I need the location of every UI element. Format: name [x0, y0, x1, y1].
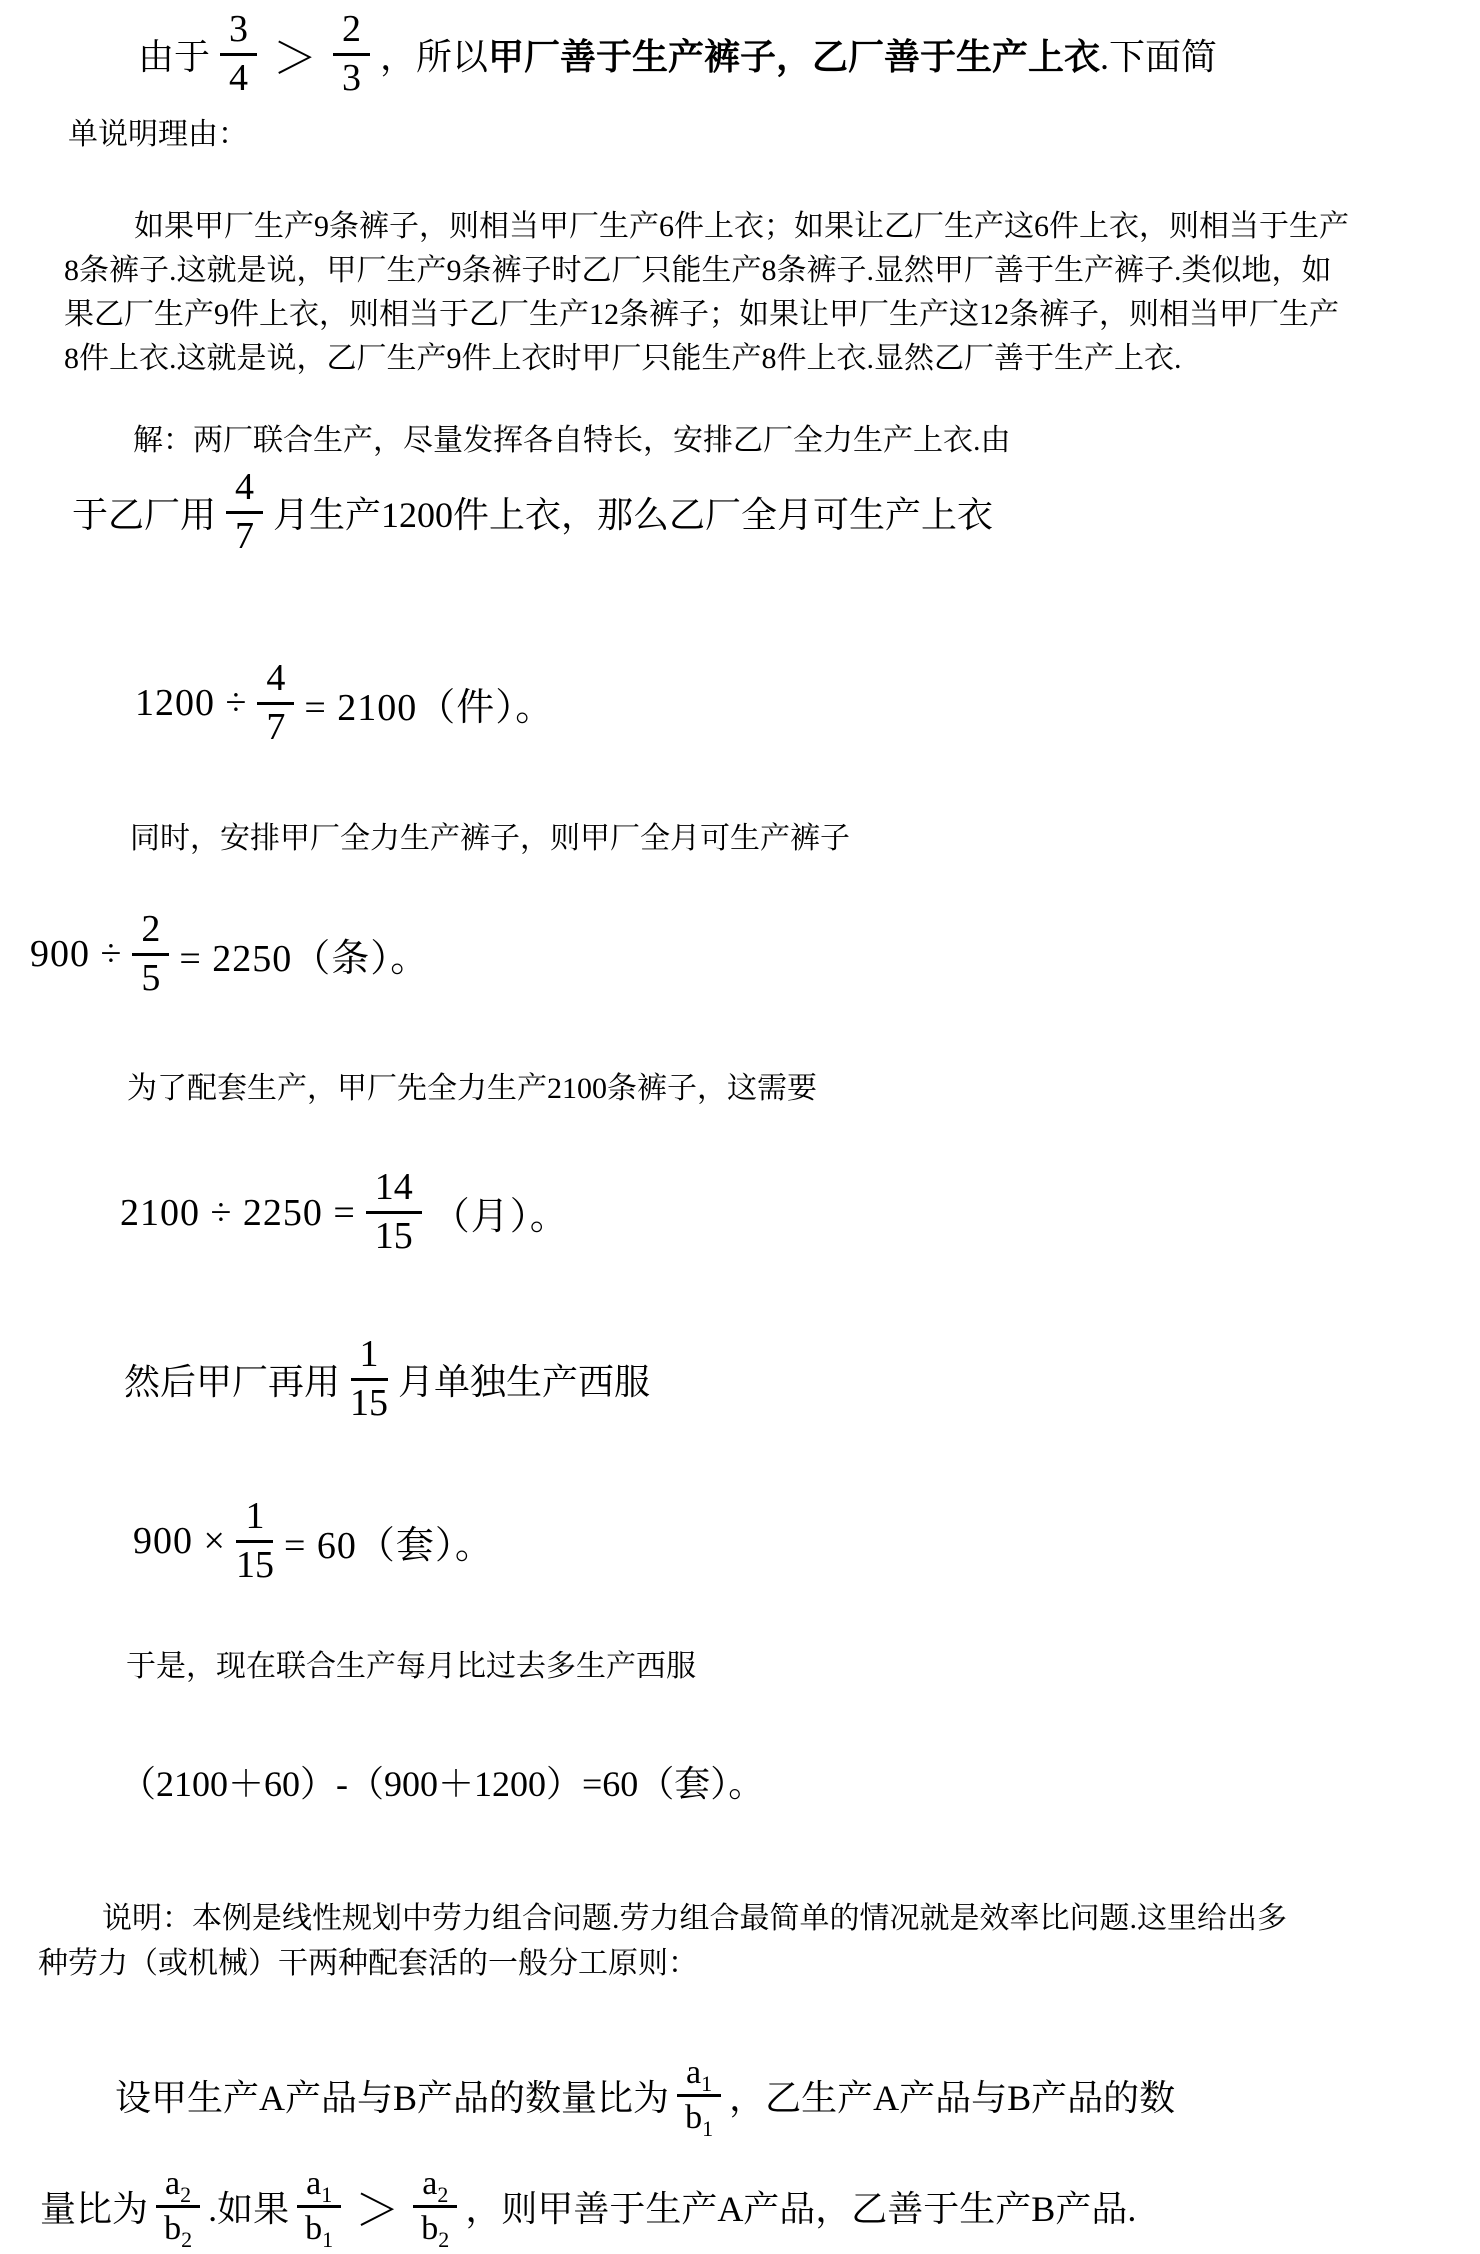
- fraction-four-sevenths: 4 7: [257, 659, 294, 748]
- solution-line2-prefix: 于乙厂用: [72, 487, 216, 538]
- suits-line: 然后甲厂再用 1 15 月单独生产西服: [124, 1325, 650, 1433]
- fraction-denominator: 3: [342, 56, 361, 99]
- fraction-denominator: 15: [350, 1381, 388, 1424]
- principle-line2-mid: .如果: [208, 2181, 289, 2232]
- intro-tail: .下面简: [1100, 29, 1217, 80]
- fraction-numerator: 2: [333, 10, 370, 56]
- reason-line-2: 8条裤子.这就是说，甲厂生产9条裤子时乙厂只能生产8条裤子.显然甲厂善于生产裤子…: [64, 249, 1349, 293]
- fraction-four-sevenths: 4 7: [226, 468, 263, 557]
- intro-conclusion-bold: 甲厂善于生产裤子，乙厂善于生产上衣: [488, 29, 1100, 80]
- equation-lhs: 900 ÷: [30, 932, 122, 976]
- note-paragraph: 说明：本例是线性规划中劳力组合问题.劳力组合最简单的情况就是效率比问题.这里给出…: [38, 1896, 1287, 1986]
- solution-line2-suffix: 月生产1200件上衣，那么乙厂全月可生产上衣: [273, 487, 993, 538]
- equation-trousers: 900 ÷ 2 5 = 2250（条）。: [30, 900, 429, 1008]
- note-line-2: 种劳力（或机械）干两种配套活的一般分工原则：: [38, 1941, 1287, 1986]
- equation-rhs: = 2100（件）。: [304, 676, 554, 731]
- fraction-denominator: b1: [685, 2097, 713, 2136]
- fraction-numerator: a1: [677, 2055, 721, 2097]
- fraction-numerator: a1: [297, 2166, 341, 2208]
- fraction-numerator: 4: [226, 468, 263, 514]
- fraction-numerator: a2: [413, 2166, 457, 2208]
- fraction-denominator: b2: [164, 2208, 192, 2247]
- intro-line2: 单说明理由：: [68, 116, 248, 154]
- fraction-denominator: 7: [235, 514, 254, 557]
- document-page: 由于 3 4 ＞ 2 3 ，所以 甲厂善于生产裤子，乙厂善于生产上衣 .下面简 …: [0, 0, 1480, 2254]
- fraction-fourteen-fifteenths: 14 15: [366, 1168, 422, 1257]
- principle-line-1: 设甲生产A产品与B产品的数量比为 a1 b1 ，乙生产A产品与B产品的数: [115, 2038, 1175, 2153]
- fraction-two-fifths: 2 5: [132, 910, 169, 999]
- fraction-a1-over-b1: a1 b1: [297, 2166, 341, 2246]
- reason-line-3: 果乙厂生产9件上衣，则相当于乙厂生产12条裤子；如果让甲厂生产这12条裤子，则相…: [64, 293, 1349, 337]
- fraction-denominator: 15: [236, 1543, 274, 1586]
- fraction-three-fourths: 3 4: [220, 10, 257, 99]
- fraction-numerator: 3: [220, 10, 257, 56]
- equation-months: 2100 ÷ 2250 = 14 15 （月）。: [120, 1150, 569, 1275]
- note-line-1: 说明：本例是线性规划中劳力组合问题.劳力组合最简单的情况就是效率比问题.这里给出…: [38, 1896, 1287, 1941]
- intro-line: 由于 3 4 ＞ 2 3 ，所以 甲厂善于生产裤子，乙厂善于生产上衣 .下面简: [138, 6, 1217, 102]
- intro-mid: ，所以: [380, 29, 488, 80]
- principle-line2-prefix: 量比为: [40, 2181, 148, 2232]
- fraction-denominator: b2: [421, 2208, 449, 2247]
- greater-than-sign: ＞: [355, 2174, 399, 2238]
- conclusion-intro: 于是，现在联合生产每月比过去多生产西服: [126, 1648, 696, 1686]
- principle-line-2: 量比为 a2 b2 .如果 a1 b1 ＞ a2 b2 ，则甲善于生产A产品，乙…: [40, 2158, 1136, 2254]
- equation-rhs: = 2250（条）。: [179, 927, 429, 982]
- fraction-denominator: b1: [305, 2208, 333, 2247]
- intro-prefix: 由于: [138, 29, 210, 80]
- fraction-denominator: 4: [229, 56, 248, 99]
- suits-line-suffix: 月单独生产西服: [398, 1354, 650, 1405]
- fraction-numerator: a2: [156, 2166, 200, 2208]
- principle-line1-suffix: ，乙生产A产品与B产品的数: [729, 2070, 1175, 2121]
- principle-line1-prefix: 设甲生产A产品与B产品的数量比为: [115, 2070, 669, 2121]
- reason-line-1: 如果甲厂生产9条裤子，则相当甲厂生产6件上衣；如果让乙厂生产这6件上衣，则相当于…: [64, 205, 1349, 249]
- fraction-a2-over-b2: a2 b2: [156, 2166, 200, 2246]
- fraction-one-fifteenth: 1 15: [236, 1497, 274, 1586]
- equation-lhs: 1200 ÷: [135, 681, 247, 725]
- fraction-numerator: 2: [132, 910, 169, 956]
- fraction-one-fifteenth: 1 15: [350, 1335, 388, 1424]
- match-intro: 为了配套生产，甲厂先全力生产2100条裤子，这需要: [127, 1070, 817, 1108]
- fraction-numerator: 14: [366, 1168, 422, 1214]
- equation-shirts: 1200 ÷ 4 7 = 2100（件）。: [135, 642, 554, 764]
- fraction-a1-over-b1: a1 b1: [677, 2055, 721, 2135]
- equation-suits: 900 × 1 15 = 60（套）。: [133, 1487, 494, 1595]
- fraction-denominator: 5: [141, 956, 160, 999]
- fraction-numerator: 4: [257, 659, 294, 705]
- fraction-denominator: 7: [266, 705, 285, 748]
- reason-line-4: 8件上衣.这就是说，乙厂生产9件上衣时甲厂只能生产8件上衣.显然乙厂善于生产上衣…: [64, 337, 1349, 381]
- trousers-intro: 同时，安排甲厂全力生产裤子，则甲厂全月可生产裤子: [130, 820, 850, 858]
- equation-lhs: 900 ×: [133, 1519, 226, 1563]
- greater-than-sign: ＞: [273, 22, 317, 86]
- equation-rhs: = 60（套）。: [284, 1514, 494, 1569]
- equation-rhs: （月）。: [432, 1185, 569, 1240]
- principle-line2-suffix: ，则甲善于生产A产品，乙善于生产B产品.: [465, 2181, 1136, 2232]
- fraction-denominator: 15: [375, 1214, 413, 1257]
- reason-paragraph: 如果甲厂生产9条裤子，则相当甲厂生产6件上衣；如果让乙厂生产这6件上衣，则相当于…: [64, 205, 1349, 381]
- fraction-numerator: 1: [351, 1335, 388, 1381]
- solution-line-1: 解：两厂联合生产，尽量发挥各自特长，安排乙厂全力生产上衣.由: [133, 422, 1011, 460]
- fraction-a2-over-b2: a2 b2: [413, 2166, 457, 2246]
- solution-line-2: 于乙厂用 4 7 月生产1200件上衣，那么乙厂全月可生产上衣: [72, 462, 993, 562]
- equation-lhs: 2100 ÷ 2250 =: [120, 1191, 356, 1235]
- fraction-numerator: 1: [236, 1497, 273, 1543]
- fraction-two-thirds: 2 3: [333, 10, 370, 99]
- suits-line-prefix: 然后甲厂再用: [124, 1354, 340, 1405]
- equation-total: （2100＋60）-（900＋1200）=60（套）。: [120, 1756, 764, 1807]
